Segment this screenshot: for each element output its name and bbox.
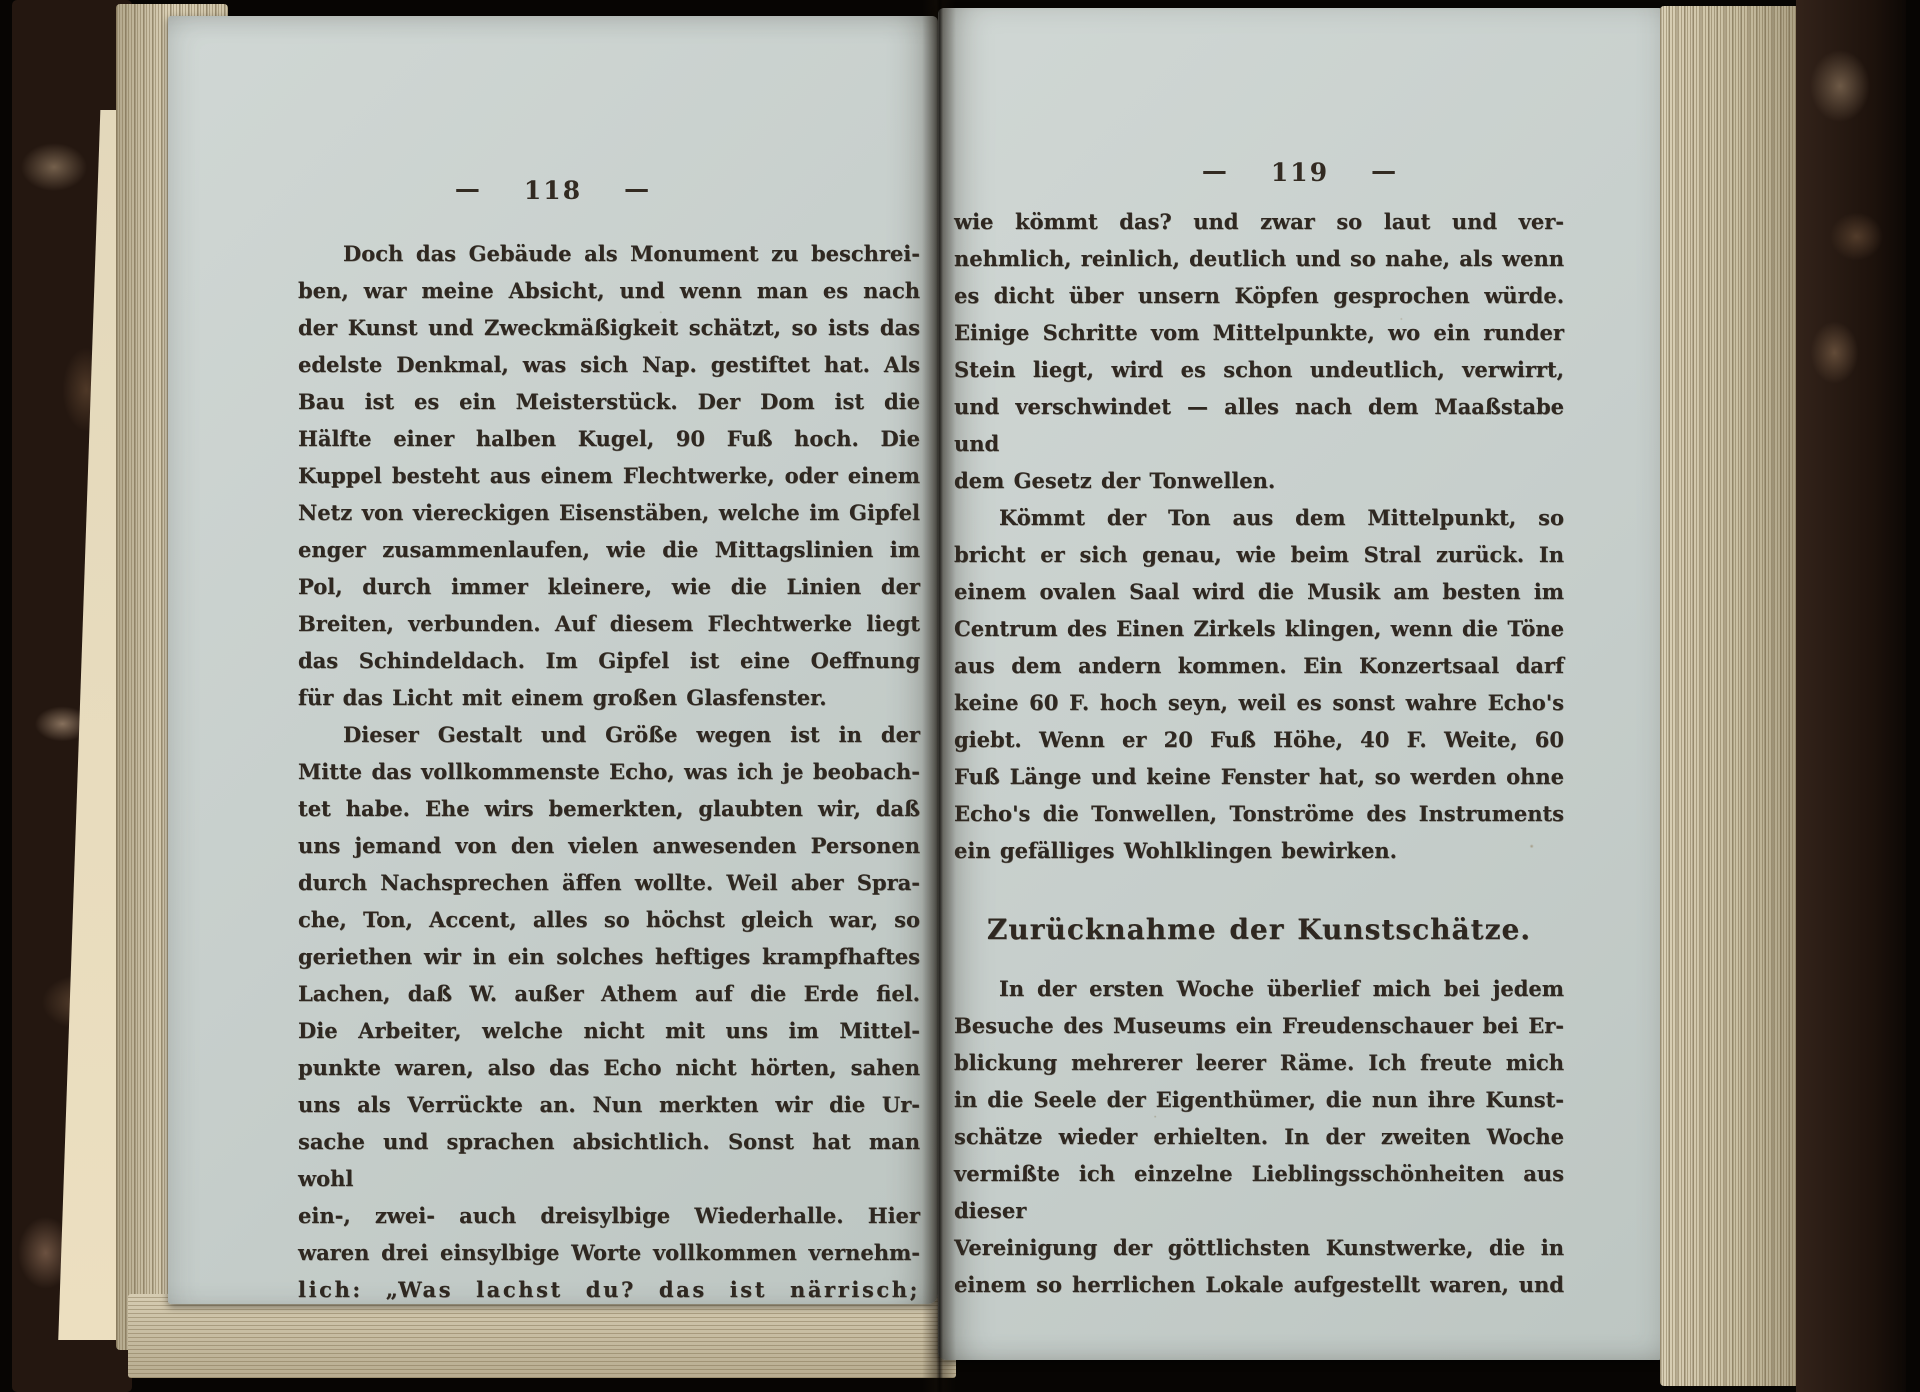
text-line: durch Nachsprechen äffen wollte. Weil ab… [298,864,920,901]
text-line: es dicht über unsern Köpfen gesprochen w… [954,277,1564,314]
page-118-text-column: Doch das Gebäude als Monument zu beschre… [298,235,920,1308]
header-dash-left: — [1202,156,1229,185]
text-line: Dieser Gestalt und Größe wegen ist in de… [298,716,920,753]
text-line: in die Seele der Eigenthümer, die nun ih… [954,1081,1564,1118]
text-line: nehmlich, reinlich, deutlich und so nahe… [954,240,1564,277]
text-line: Vereinigung der göttlichsten Kunstwerke,… [954,1229,1564,1266]
text-line: Kömmt der Ton aus dem Mittelpunkt, so [954,499,1564,536]
text-line: Stein liegt, wird es schon undeutlich, v… [954,351,1564,388]
text-line: dem Gesetz der Tonwellen. [954,462,1564,499]
text-line: Centrum des Einen Zirkels klingen, wenn … [954,610,1564,647]
text-line: Pol, durch immer kleinere, wie die Linie… [298,568,920,605]
right-fore-edge-stack [1660,6,1802,1386]
text-line: uns jemand von den vielen anwesenden Per… [298,827,920,864]
text-line: einem so herrlichen Lokale aufgestellt w… [954,1266,1564,1303]
header-dash-left: — [455,174,482,203]
section-heading: Zurücknahme der Kunstschätze. [954,911,1564,948]
text-line: che, Ton, Accent, alles so höchst gleich… [298,901,920,938]
page-number: 119 [1271,158,1329,187]
text-line: blickung mehrerer leerer Räme. Ich freut… [954,1044,1564,1081]
text-line: einem ovalen Saal wird die Musik am best… [954,573,1564,610]
text-line: Fuß Länge und keine Fenster hat, so werd… [954,758,1564,795]
text-line: der Kunst und Zweckmäßigkeit schätzt, so… [298,309,920,346]
text-line: Hälfte einer halben Kugel, 90 Fuß hoch. … [298,420,920,457]
page-header: — 119 — [938,158,1662,187]
text-line: keine 60 F. hoch seyn, weil es sonst wah… [954,684,1564,721]
text-line: Netz von viereckigen Eisenstäben, welche… [298,494,920,531]
header-dash-right: — [624,174,651,203]
text-line: Doch das Gebäude als Monument zu beschre… [298,235,920,272]
text-line: und verschwindet — alles nach dem Maaßst… [954,388,1564,462]
text-line: Echo's die Tonwellen, Tonströme des Inst… [954,795,1564,832]
text-line: Kuppel besteht aus einem Flechtwerke, od… [298,457,920,494]
book-page-119: — 119 — wie kömmt das? und zwar so laut … [938,8,1662,1360]
book-page-118: — 118 — Doch das Gebäude als Monument zu… [168,16,938,1304]
book-photo-scene: — 118 — Doch das Gebäude als Monument zu… [0,0,1920,1392]
text-line: uns als Verrückte an. Nun merkten wir di… [298,1086,920,1123]
text-line: bricht er sich genau, wie beim Stral zur… [954,536,1564,573]
text-line: giebt. Wenn er 20 Fuß Höhe, 40 F. Weite,… [954,721,1564,758]
text-line: ben, war meine Absicht, und wenn man es … [298,272,920,309]
text-line: Bau ist es ein Meisterstück. Der Dom ist… [298,383,920,420]
text-line: Lachen, daß W. außer Athem auf die Erde … [298,975,920,1012]
text-line: punkte waren, also das Echo nicht hörten… [298,1049,920,1086]
text-line: Besuche des Museums ein Freudenschauer b… [954,1007,1564,1044]
text-line: ein-, zwei- auch dreisylbige Wiederhalle… [298,1197,920,1234]
text-line: schätze wieder erhielten. In der zweiten… [954,1118,1564,1155]
text-line: Mitte das vollkommenste Echo, was ich je… [298,753,920,790]
text-line: edelste Denkmal, was sich Nap. gestiftet… [298,346,920,383]
right-cover-marbling [1796,0,1906,430]
page-119-text-column: wie kömmt das? und zwar so laut und ver-… [954,203,1564,1303]
right-cover-board [1796,0,1906,1392]
text-line: Breiten, verbunden. Auf diesem Flechtwer… [298,605,920,642]
text-line: Einige Schritte vom Mittelpunkte, wo ein… [954,314,1564,351]
text-line: enger zusammenlaufen, wie die Mittagslin… [298,531,920,568]
text-line: Die Arbeiter, welche nicht mit uns im Mi… [298,1012,920,1049]
text-line: das Schindeldach. Im Gipfel ist eine Oef… [298,642,920,679]
text-line: vermißte ich einzelne Lieblingsschönheit… [954,1155,1564,1229]
text-line: für das Licht mit einem großen Glasfenst… [298,679,920,716]
text-line: tet habe. Ehe wirs bemerkten, glaubten w… [298,790,920,827]
page-header: — 118 — [168,176,938,205]
text-line: ein gefälliges Wohlklingen bewirken. [954,832,1564,869]
text-line: waren drei einsylbige Worte vollkommen v… [298,1234,920,1271]
text-line: wie kömmt das? und zwar so laut und ver- [954,203,1564,240]
page-number: 118 [524,176,582,205]
header-dash-right: — [1371,156,1398,185]
text-line: sache und sprachen absichtlich. Sonst ha… [298,1123,920,1197]
text-line: geriethen wir in ein solches heftiges kr… [298,938,920,975]
text-line: lich: „Was lachst du? das ist närrisch; [298,1271,920,1308]
text-line: In der ersten Woche überlief mich bei je… [954,970,1564,1007]
text-line: aus dem andern kommen. Ein Konzertsaal d… [954,647,1564,684]
